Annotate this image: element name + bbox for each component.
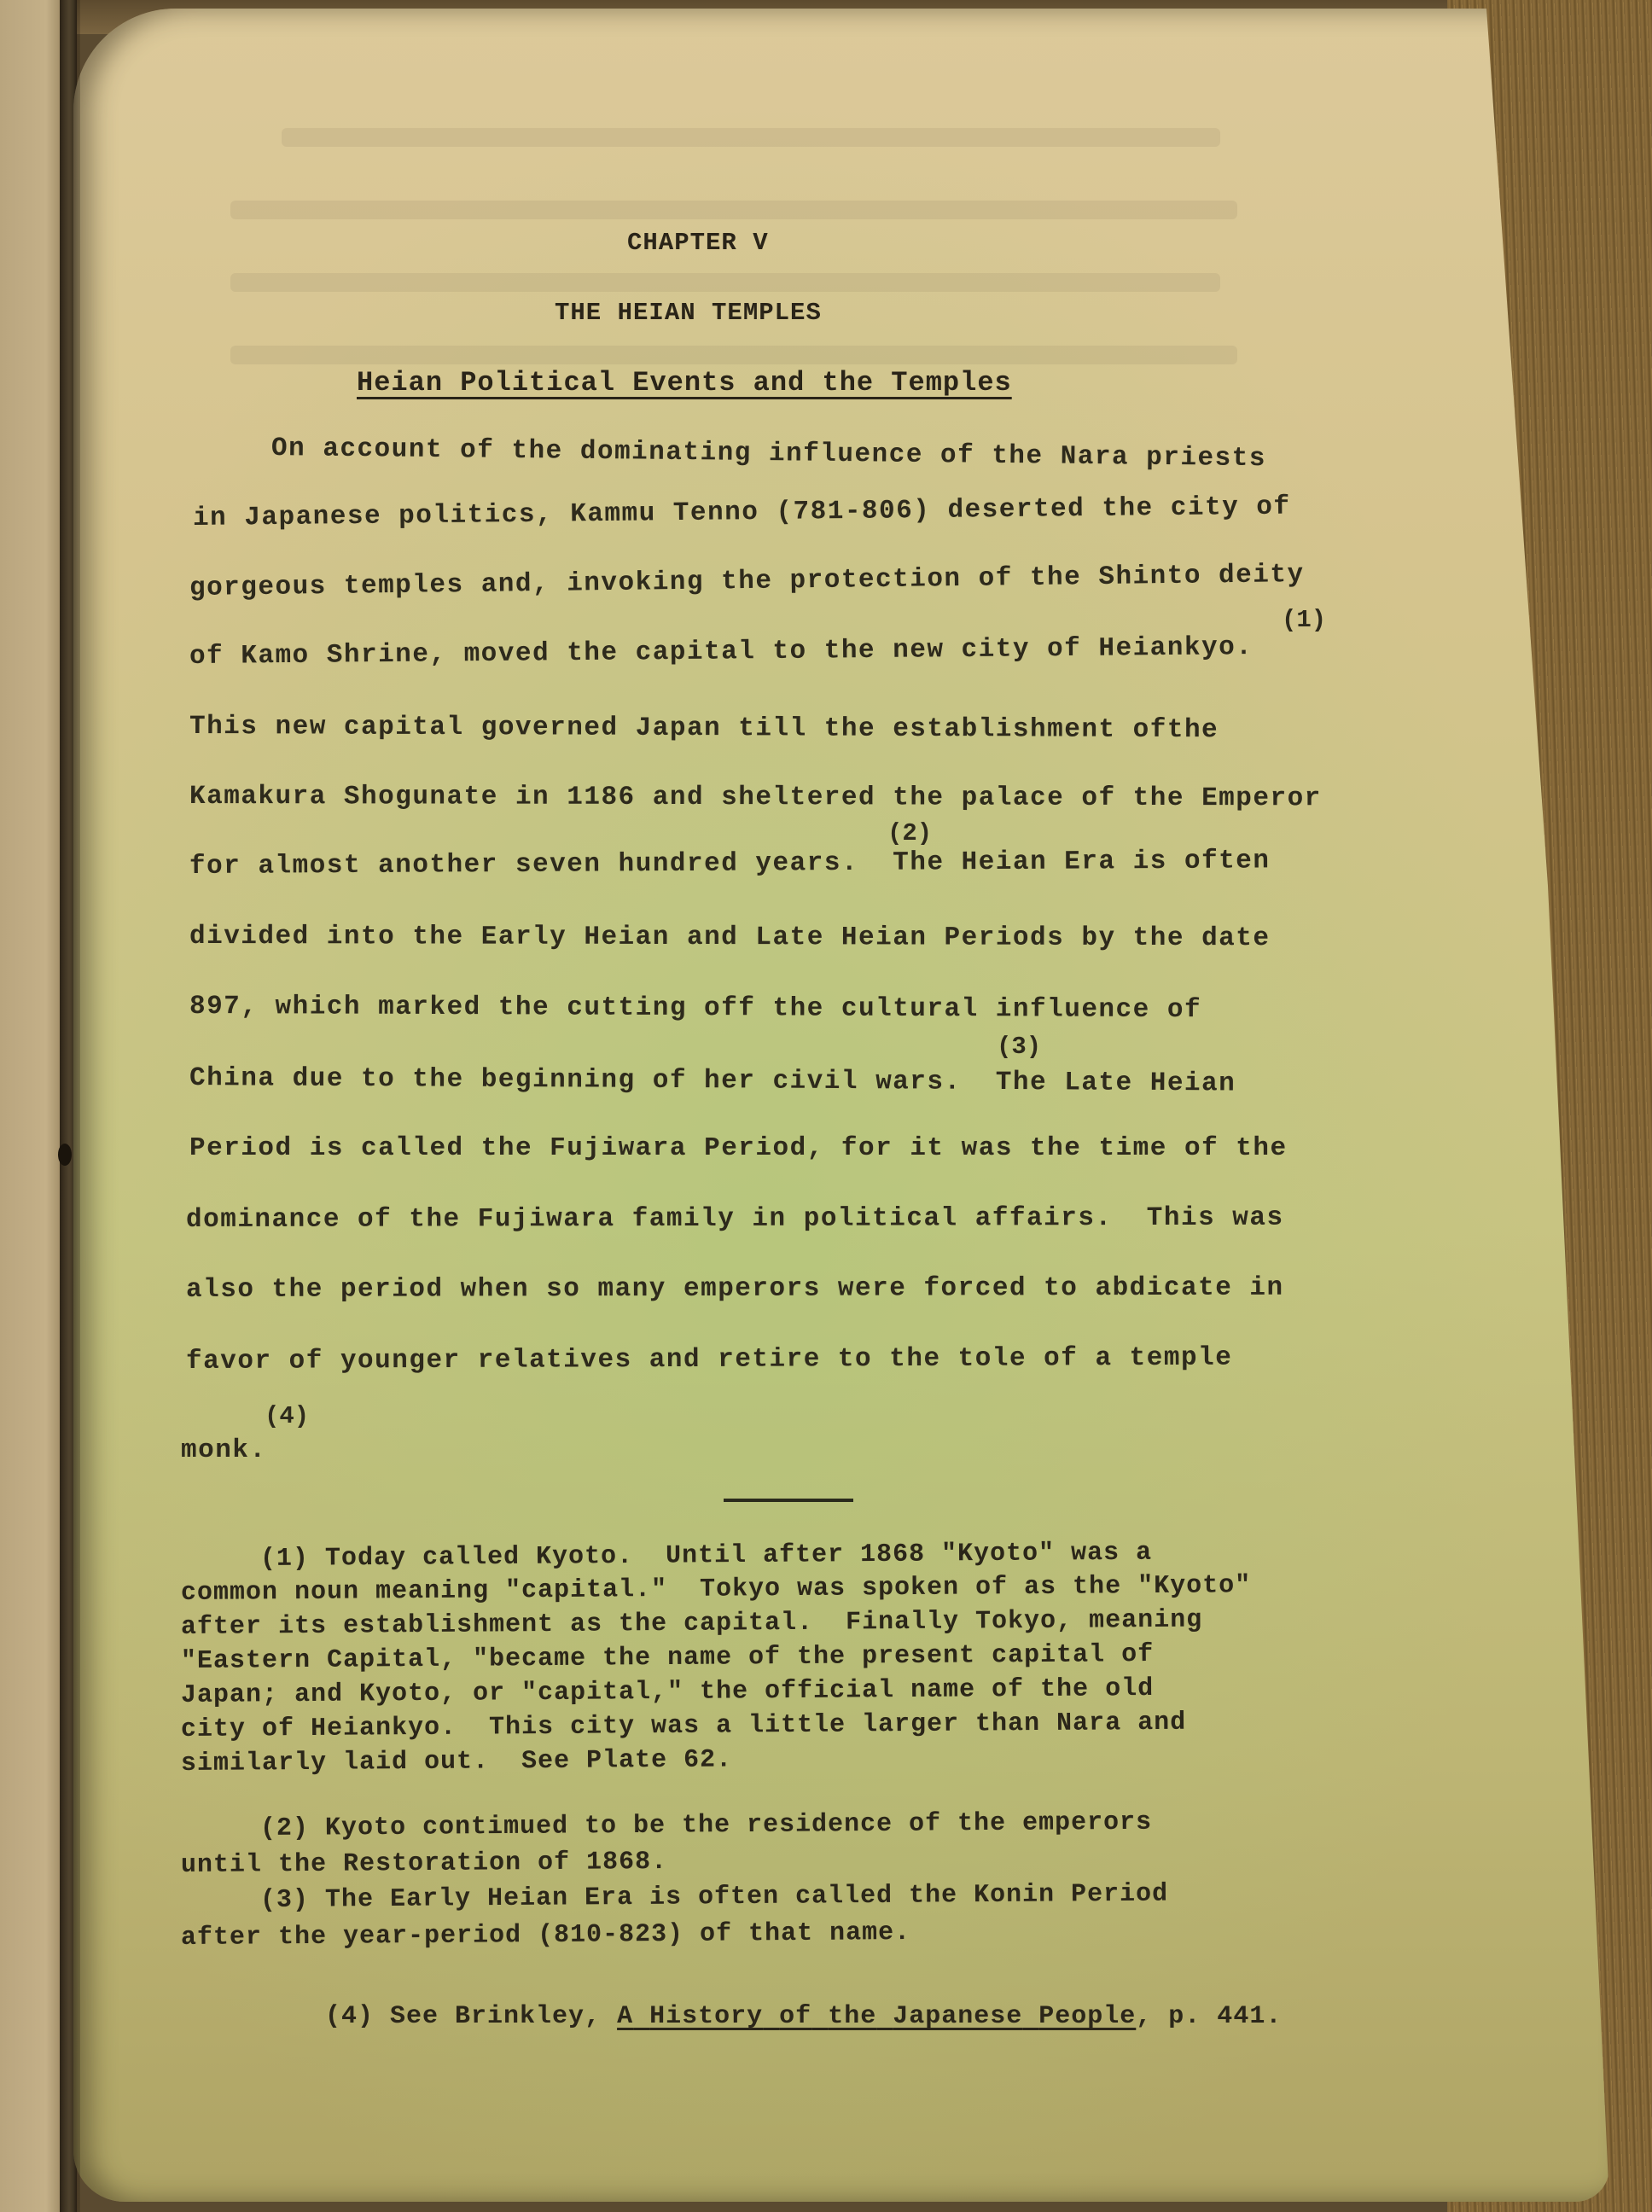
chapter-title: THE HEIAN TEMPLES xyxy=(555,299,822,327)
body-line: This new capital governed Japan till the… xyxy=(189,712,1219,745)
footnote-3-line: (3) The Early Heian Era is often called … xyxy=(260,1880,1168,1915)
footnote-ref-2: (2) xyxy=(887,819,932,847)
footnote-3-line: after the year-period (810-823) of that … xyxy=(181,1918,910,1953)
title-word: A xyxy=(617,2002,633,2031)
footnote-1-line: similarly laid out. See Plate 62. xyxy=(181,1745,732,1778)
body-line: of Kamo Shrine, moved the capital to the… xyxy=(189,632,1254,672)
body-line: Kamakura Shogunate in 1186 and sheltered… xyxy=(189,782,1322,813)
bleed-through xyxy=(230,273,1220,292)
bleed-through xyxy=(282,128,1220,147)
footnote-ref-3: (3) xyxy=(997,1033,1041,1061)
footnote-ref-1: (1) xyxy=(1282,606,1326,634)
footnote-separator xyxy=(724,1499,853,1502)
title-word: the xyxy=(828,2002,876,2031)
footnote-ref-4: (4) xyxy=(265,1402,309,1430)
body-line: in Japanese politics, Kammu Tenno (781-8… xyxy=(193,492,1291,533)
body-line: divided into the Early Heian and Late He… xyxy=(189,922,1271,953)
body-line: also the period when so many emperors we… xyxy=(186,1273,1284,1305)
footnote-1-line: Japan; and Kyoto, or "capital," the offi… xyxy=(181,1674,1154,1710)
title-word: Japanese xyxy=(893,2002,1022,2031)
footnote-1-line: (1) Today called Kyoto. Until after 1868… xyxy=(260,1539,1152,1574)
title-word: People xyxy=(1038,2002,1136,2031)
footnote-2-line: until the Restoration of 1868. xyxy=(181,1848,667,1880)
body-line: China due to the beginning of her civil … xyxy=(189,1063,1236,1098)
footnote-1-line: "Eastern Capital, "became the name of th… xyxy=(181,1640,1154,1676)
footnote-4: (4) See Brinkley, A History of the Japan… xyxy=(260,1973,1282,2060)
body-line: 897, which marked the cutting off the cu… xyxy=(189,992,1201,1025)
footnote-1-line: city of Heiankyo. This city was a little… xyxy=(181,1708,1186,1744)
footnote-4-suffix: , p. 441. xyxy=(1136,2002,1282,2031)
body-line: for almost another seven hundred years. … xyxy=(189,846,1271,882)
footnote-4-prefix: (4) See Brinkley, xyxy=(325,2002,617,2031)
footnote-1-line: common noun meaning "capital." Tokyo was… xyxy=(181,1571,1251,1608)
page-content: CHAPTER V THE HEIAN TEMPLES Heian Politi… xyxy=(0,0,1652,2212)
section-title: Heian Political Events and the Temples xyxy=(357,367,1012,399)
title-word: History xyxy=(649,2002,763,2031)
body-line: favor of younger relatives and retire to… xyxy=(186,1343,1232,1377)
body-line: On account of the dominating influence o… xyxy=(271,434,1266,474)
footnote-1-line: after its establishment as the capital. … xyxy=(181,1606,1202,1642)
chapter-label: CHAPTER V xyxy=(627,229,769,257)
title-word: of xyxy=(779,2002,811,2031)
bleed-through xyxy=(230,346,1237,364)
body-line: Period is called the Fujiwara Period, fo… xyxy=(189,1133,1288,1163)
bleed-through xyxy=(230,201,1237,219)
body-line: gorgeous temples and, invoking the prote… xyxy=(189,560,1305,603)
footnote-2-line: (2) Kyoto contimued to be the residence … xyxy=(260,1808,1152,1843)
body-line: dominance of the Fujiwara family in poli… xyxy=(186,1203,1284,1235)
body-line: monk. xyxy=(181,1435,267,1465)
book-title: A History of the Japanese People xyxy=(617,2002,1136,2031)
